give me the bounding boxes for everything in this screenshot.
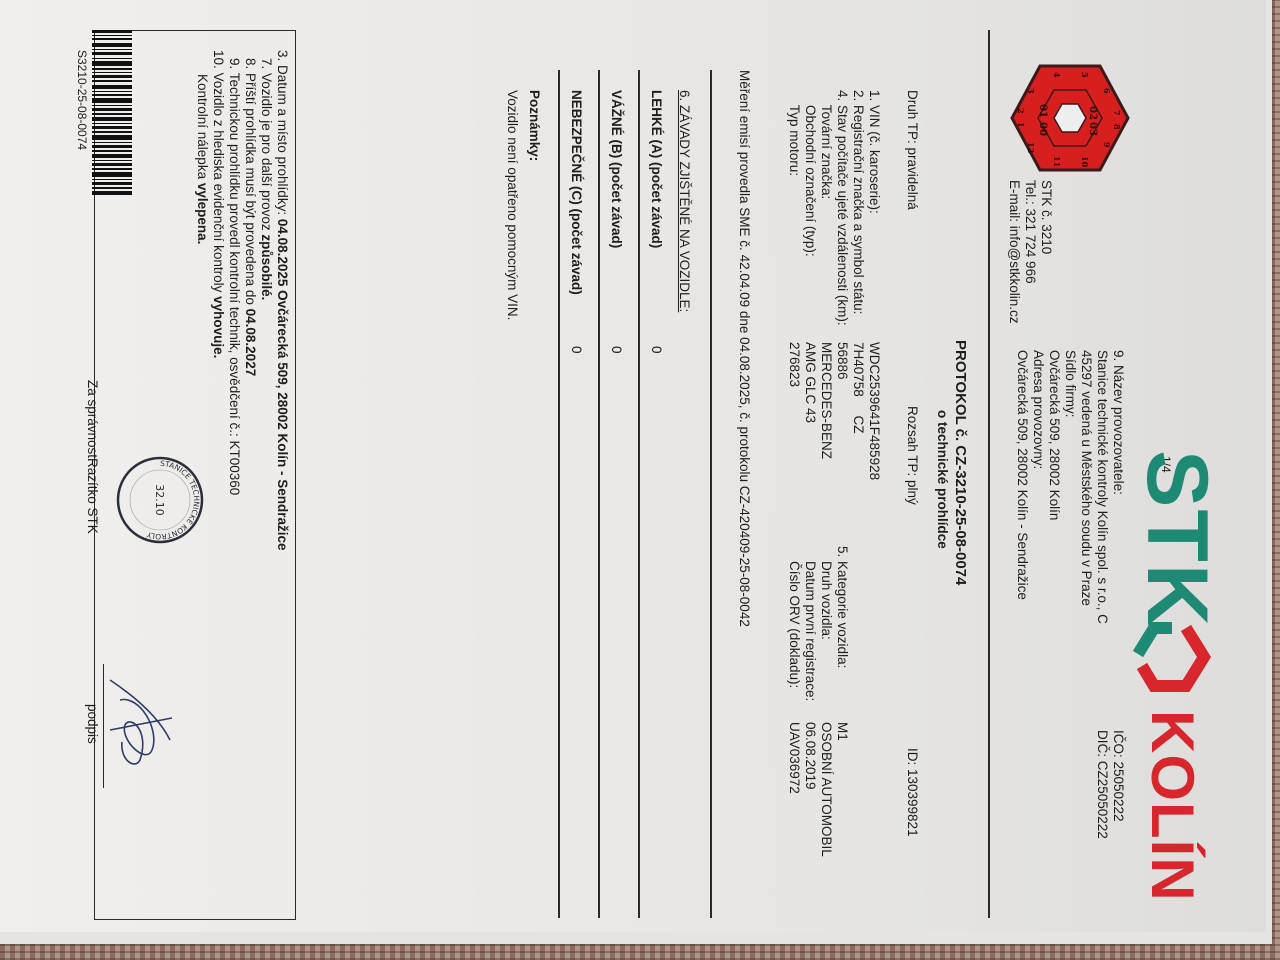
plate-value: 7H40758 CZ [850, 342, 866, 434]
dic-number: DIČ: CZ25050222 [1094, 730, 1110, 839]
vehicle-plate-row: 2. Registrační značka a symbol státu: 7H… [850, 90, 866, 590]
svg-text:02: 02 [1087, 106, 1098, 120]
tp-type: Druh TP: pravidelná [904, 90, 920, 210]
vehicle-kind-row: Druh vozidla: OSOBNÍ AUTOMOBIL [818, 546, 834, 906]
svg-text:6: 6 [1102, 88, 1112, 94]
vehicle-kind-label: Druh vozidla: [818, 546, 834, 640]
orv-label: Číslo ORV (dokladu): [786, 546, 802, 688]
defect-dangerous-count: 0 [568, 346, 584, 354]
svg-text:1: 1 [1016, 122, 1026, 128]
ico-number: IČO: 25050222 [1110, 730, 1126, 822]
protocol-subtitle: o technické prohlídce [934, 410, 950, 549]
vehicle-make-row: Tovární značka: MERCEDES-BENZ [818, 90, 834, 590]
svg-text:10: 10 [1080, 156, 1090, 168]
notes-heading: Poznámky: [526, 90, 542, 161]
defect-serious-count: 0 [608, 346, 624, 354]
odometer-label: 4. Stav počítače ujeté vzdálenosti (km): [834, 90, 850, 326]
vehicle-engine-row: Typ motoru: 276823 [786, 90, 802, 590]
model-value: AMG GLC 43 [802, 342, 818, 423]
svg-text:03: 03 [1087, 122, 1098, 136]
station-number: STK č. 3210 [1038, 180, 1054, 254]
station-phone: Tel.: 321 724 966 [1022, 180, 1038, 284]
emissions-note: Měření emisí provedla SME č. 42.04.09 dn… [736, 70, 752, 627]
svg-text:01: 01 [1037, 104, 1048, 118]
signature-icon [106, 670, 180, 780]
protocol-title: PROTOKOL č. CZ-3210-25-08-0074 [952, 340, 968, 585]
station-email[interactable]: E-mail: info@stkkolin.cz [1006, 180, 1022, 324]
svg-text:2: 2 [1016, 108, 1026, 114]
barcode-icon [92, 30, 132, 200]
signature-line [103, 664, 104, 788]
operator-name-line2: 45297 vedená u Městského soudu v Praze [1078, 350, 1094, 606]
make-value: MERCEDES-BENZ [818, 342, 834, 459]
defect-divider-2 [599, 70, 601, 918]
svg-text:11: 11 [1052, 156, 1062, 167]
logo-stk-text: STK [1132, 450, 1222, 628]
vin-label: 1. VIN (č. karoserie): [866, 90, 882, 214]
operator-name-label: 9. Název provozovatele: [1110, 350, 1126, 495]
logo-hexagon-icon [1130, 614, 1216, 700]
vehicle-left-block: 1. VIN (č. karoserie): WDC2539641F485928… [786, 90, 882, 590]
orv-row: Číslo ORV (dokladu): UAV036972 [786, 546, 802, 906]
result-sticker: Kontrolní nálepka vylepena. [194, 74, 210, 244]
seat-address: Ovčárecká 509, 28002 Kolín [1046, 350, 1062, 520]
defect-light-label: LEHKÉ (A) (počet závad) [648, 90, 664, 248]
vehicle-odometer-row: 4. Stav počítače ujeté vzdálenosti (km):… [834, 90, 850, 590]
defect-divider-3 [559, 70, 561, 918]
logo-kolin-text: KOLÍN [1140, 710, 1204, 902]
svg-text:5: 5 [1080, 72, 1090, 78]
result-date-place: 3. Datum a místo prohlídky: 04.08.2025 O… [274, 50, 290, 551]
svg-text:7: 7 [1112, 110, 1122, 116]
odometer-value: 56886 [834, 342, 850, 380]
record-id: ID: 130399821 [904, 748, 920, 837]
svg-text:9: 9 [1102, 142, 1112, 148]
premises-address: Ovčárecká 509, 28002 Kolín - Sendražice [1014, 350, 1030, 600]
result-evidence-check: 10. Vozidlo z hlediska evidenční kontrol… [210, 50, 226, 358]
inspection-sticker-icon: 0203 0100 78 910 1112 12 34 56 [1008, 60, 1132, 176]
engine-value: 276823 [786, 342, 802, 387]
stk-stamp-icon: STANICE TECHNICKÉ KONTROLY 32.10 [114, 454, 206, 546]
category-row: 5. Kategorie vozidla: M1 [834, 546, 850, 906]
svg-text:00: 00 [1037, 122, 1048, 136]
result-next-inspection: 8. Příští prohlídka musí být provedena d… [242, 58, 258, 376]
stamp-label: Razítko STK [84, 458, 100, 534]
signature-label: podpis [84, 704, 100, 744]
defect-light-count: 0 [648, 346, 664, 354]
correctness-label: Za správnost: [84, 380, 100, 462]
vehicle-right-block: 5. Kategorie vozidla: M1 Druh vozidla: O… [786, 546, 850, 906]
barcode-text: S3210-25-08-0074 [74, 50, 90, 150]
result-technician: 9. Technickou prohlídku provedl kontroln… [226, 58, 242, 495]
vin-value: WDC2539641F485928 [866, 342, 882, 480]
first-registration-label: Datum první registrace: [802, 546, 818, 701]
result-roadworthy: 7. Vozidlo je pro další provoz způsobilé… [258, 58, 274, 300]
tp-scope: Rozsah TP: plný [904, 406, 920, 505]
vehicle-model-row: Obchodní označení (typ): AMG GLC 43 [802, 90, 818, 590]
defect-divider-1 [639, 70, 641, 918]
operator-name-line1: Stanice technické kontroly Kolín spol. s… [1094, 350, 1110, 624]
svg-text:12: 12 [1026, 142, 1036, 153]
defect-serious-label: VÁŽNÉ (B) (počet závad) [608, 90, 624, 248]
plate-label: 2. Registrační značka a symbol státu: [850, 90, 866, 314]
first-registration-value: 06.08.2019 [802, 722, 818, 790]
svg-text:4: 4 [1052, 72, 1062, 78]
svg-text:32.10: 32.10 [153, 484, 166, 516]
header-divider [989, 30, 991, 918]
emissions-divider [711, 70, 713, 918]
defects-heading: 6. ZÁVADY ZJIŠTĚNÉ NA VOZIDLE: [676, 90, 692, 312]
category-label: 5. Kategorie vozidla: [834, 546, 850, 668]
seat-label: Sídlo firmy: [1062, 350, 1078, 418]
vehicle-kind-value: OSOBNÍ AUTOMOBIL [818, 722, 834, 857]
category-value: M1 [834, 722, 850, 741]
defect-dangerous-label: NEBEZPEČNÉ (C) (počet závad) [568, 90, 584, 295]
orv-value: UAV036972 [786, 722, 802, 794]
premises-label: Adresa provozovny: [1030, 350, 1046, 469]
svg-text:8: 8 [1112, 124, 1122, 130]
model-label: Obchodní označení (typ): [802, 90, 818, 257]
svg-text:3: 3 [1026, 88, 1036, 94]
vehicle-vin-row: 1. VIN (č. karoserie): WDC2539641F485928 [866, 90, 882, 590]
engine-label: Typ motoru: [786, 90, 802, 176]
inspection-protocol-page: 1/4 STK KOLÍN 0203 0100 78 910 1112 12 3… [10, 10, 1260, 940]
first-registration-row: Datum první registrace: 06.08.2019 [802, 546, 818, 906]
make-label: Tovární značka: [818, 90, 834, 199]
notes-text: Vozidlo není opatřeno pomocným VIN. [504, 90, 520, 320]
